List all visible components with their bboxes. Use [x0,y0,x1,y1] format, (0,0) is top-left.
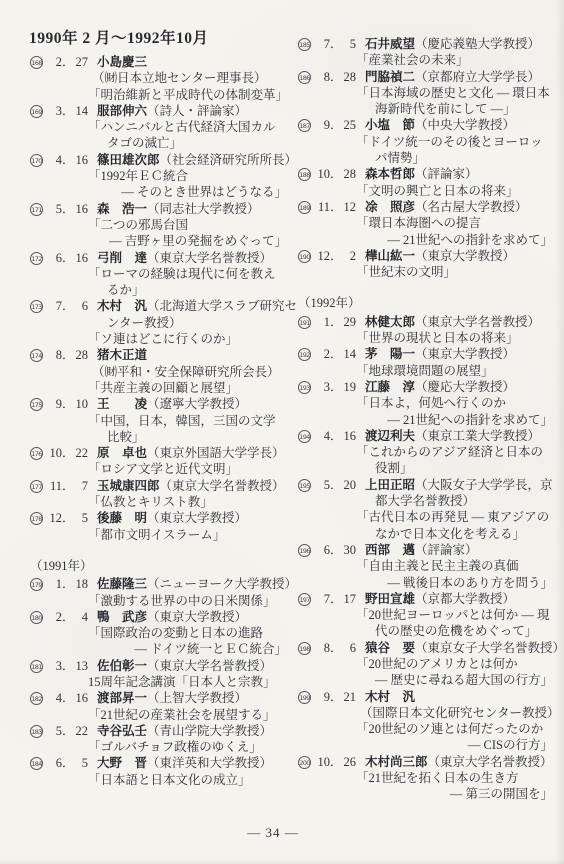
lecture-title-line: 「激動する世界の中の日米関係」 [30,593,288,609]
entry-head-text: 大野 晋（東洋英和大学教授） [97,755,272,771]
entry-month: 3 [48,103,62,119]
date-separator: ． [62,347,73,363]
left-column: 168 2．27 小島慶三 （㈶日本立地センター理事長）「明治維新と平成時代の体… [30,54,288,788]
entry-day: 4 [73,609,88,625]
entry-header-row: 190 12．2 樺山紘一（東京大学教授） [298,248,554,264]
entry-day: 29 [341,314,356,330]
entry-day: 22 [73,723,88,739]
page-bottom-shadow [0,858,564,864]
date-separator: ． [62,152,73,168]
date-separator: ． [62,103,73,119]
entry-date: 7．5 [316,36,356,52]
entry-date: 5．16 [48,201,88,217]
speaker-name: 茅 陽一 [365,347,415,361]
speaker-name: 佐藤隆三 [97,577,147,591]
entry-date: 6．5 [48,755,88,771]
entry-text-line: — ドイツ統一とＥＣ統合」 [30,641,288,657]
entry-head-text: 篠田雄次郎（社会経済研究所所長） [97,152,297,168]
entry-date: 12．2 [316,248,356,264]
entry-month: 6 [316,542,330,558]
speaker-affiliation: （東京大学教授） [415,347,515,361]
lecture-entry: 183 5．22 寺谷弘壬（青山学院大学教授） 「ゴルバチョフ政権のゆくえ」 [30,723,288,756]
entry-number-badge: 182 [30,692,43,705]
entry-number-badge: 184 [30,757,43,770]
speaker-name: 江藤 淳 [365,380,415,394]
entry-head-text: 服部伸六（詩人・評論家） [97,103,247,119]
entry-text-line: 役割」 [298,460,554,476]
lecture-entry: 181 3．13 佐伯彰一（東京大学名誉教授） 15周年記念講演「日本人と宗教」 [30,658,288,691]
entry-day: 16 [73,201,88,217]
entry-text-line: 比較」 [30,429,288,445]
lecture-entry: 194 4．16 渡辺利夫（東京工業大学教授） 「これからのアジア経済と日本の役… [298,428,554,477]
entry-head-text: 渡部昇一（上智大学教授） [97,690,247,706]
speaker-affiliation: （東京大学名誉教授） [147,251,272,265]
speaker-name: 凃 照彦 [365,200,415,214]
speaker-affiliation: （東京大学名誉教授） [428,755,553,769]
entry-number-badge: 200 [298,756,311,769]
entry-text-line: — CISの行方」 [298,737,554,753]
entry-day: 5 [73,510,88,526]
entry-number-badge: 181 [30,660,43,673]
speaker-name: 服部伸六 [97,104,147,118]
date-separator: ． [330,248,341,264]
entry-head-text: 猪木正道 [97,347,147,363]
speaker-name: 鴨 武彦 [97,610,147,624]
entry-header-row: 170 4．16 篠田雄次郎（社会経済研究所所長） [30,152,288,168]
entry-header-row: 200 10．26 木村尚三郎（東京大学名誉教授） [298,754,554,770]
speaker-affiliation: （同志社大学教授） [147,202,260,216]
entry-day: 6 [73,298,88,314]
entry-number-badge: 180 [30,611,43,624]
speaker-name: 上田正昭 [365,478,415,492]
entry-head-text: 西部 邁（評論家） [365,542,478,558]
entry-header-row: 195 5．20 上田正昭（大阪女子大学学長，京 [298,477,554,493]
entry-number-badge: 192 [298,348,311,361]
lecture-entry: 176 10．22 原 卓也（東京外国語大学学長） 「ロシア文学と近代文明」 [30,445,288,478]
entry-number-badge: 197 [298,593,311,606]
entry-header-row: 176 10．22 原 卓也（東京外国語大学学長） [30,445,288,461]
entry-header-row: 188 10．28 森本哲郎（評論家） [298,166,554,182]
date-separator: ． [330,346,341,362]
entry-header-row: 169 3．14 服部伸六（詩人・評論家） [30,103,288,119]
entry-text-line: — 歴史に尋ねる超大国の行方」 [298,672,554,688]
lecture-title-line: 「産業社会の未来」 [298,52,554,68]
entry-date: 2．14 [316,346,356,362]
entry-header-row: 199 9．21 木村 汎 [298,689,554,705]
entry-header-row: 172 6．16 弓削 達（東京大学名誉教授） [30,250,288,266]
entry-header-row: 180 2．4 鴨 武彦（東京大学教授） [30,609,288,625]
entry-month: 12 [48,510,62,526]
speaker-affiliation: （東京大学教授） [415,249,515,263]
entry-month: 6 [48,755,62,771]
lecture-title-line: 「日本海域の歴史と文化 — 環日本 [298,85,554,101]
entry-day: 28 [73,347,88,363]
date-separator: ． [62,723,73,739]
entry-number-badge: 177 [30,480,43,493]
lecture-entry: 172 6．16 弓削 達（東京大学名誉教授） 「ローマの経験は現代に何を教える… [30,250,288,299]
entry-date: 1．18 [48,576,88,592]
entry-month: 10 [48,445,62,461]
entry-date: 12．5 [48,510,88,526]
speaker-name: 原 卓也 [97,446,147,460]
entry-day: 30 [341,542,356,558]
lecture-entry: 187 9．25 小塩 節（中央大学教授） 「ドイツ統一のその後とヨーロッパ情勢… [298,117,554,166]
speaker-name: 小塩 節 [365,118,415,132]
entry-text-line: タゴの滅亡」 [30,135,288,151]
lecture-entry: 190 12．2 樺山紘一（東京大学教授） 「世紀末の文明」 [298,248,554,281]
speaker-affiliation: （東京女子大学名誉教授） [415,641,564,655]
date-separator: ． [62,445,73,461]
right-column: 185 7．5 石井威望（慶応義塾大学教授） 「産業社会の未来」 186 8．2… [298,36,554,803]
document-page: 1990年 2 月～1992年10月 168 2．27 小島慶三 （㈶日本立地セ… [0,0,564,864]
speaker-affiliation: （慶応義塾大学教授） [415,37,540,51]
entry-day: 16 [341,428,356,444]
entry-date: 3．14 [48,103,88,119]
entry-day: 14 [341,346,356,362]
lecture-entry: 182 4．16 渡部昇一（上智大学教授） 「21世紀の産業社会を展望する」 [30,690,288,723]
speaker-name: 猪木正道 [97,348,147,362]
entry-day: 21 [341,689,356,705]
speaker-affiliation: （社会経済研究所所長） [160,153,298,167]
entry-date: 4．16 [48,690,88,706]
entry-month: 4 [316,428,330,444]
entry-date: 4．16 [316,428,356,444]
entry-date: 5．20 [316,477,356,493]
lecture-title-line: 「中国，日本，韓国，三国の文学 [30,413,288,429]
entry-text-line: パ情勢」 [298,150,554,166]
entry-header-row: 178 12．5 後藤 明（東京大学教授） [30,510,288,526]
entry-day: 27 [73,54,88,70]
lecture-entry: 185 7．5 石井威望（慶応義塾大学教授） 「産業社会の未来」 [298,36,554,69]
date-separator: ． [62,478,73,494]
lecture-entry: 178 12．5 後藤 明（東京大学教授） 「都市文明イスラーム」 [30,510,288,543]
date-separator: ． [62,658,73,674]
entry-header-row: 197 7．17 野田宣雄（京都大学教授） [298,591,554,607]
speaker-affiliation: （東京外国語大学学長） [147,446,285,460]
entry-month: 9 [316,689,330,705]
entry-month: 9 [48,396,62,412]
entry-date: 9．21 [316,689,356,705]
entry-month: 1 [316,314,330,330]
date-separator: ． [330,36,341,52]
entry-number-badge: 187 [298,119,311,132]
date-separator: ． [330,640,341,656]
speaker-name: 木村 汎 [365,690,415,704]
entry-head-text: 木村尚三郎（東京大学名誉教授） [365,754,553,770]
entry-month: 2 [316,346,330,362]
date-separator: ． [330,477,341,493]
entry-date: 8．6 [316,640,356,656]
entry-header-row: 168 2．27 小島慶三 [30,54,288,70]
lecture-entry: 191 1．29 林健太郎（東京大学名誉教授） 「世界の現状と日本の将来」 [298,314,554,347]
entry-month: 1 [48,576,62,592]
entry-head-text: 渡辺利夫（東京工業大学教授） [365,428,540,444]
entry-number-badge: 195 [298,479,311,492]
lecture-title-line: 「21世紀の産業社会を展望する」 [30,707,288,723]
lecture-entry: 173 7．6 木村 汎（北海道大学スラブ研究セ ンター教授）「ソ連はどこに行く… [30,298,288,347]
entry-number-badge: 178 [30,512,43,525]
entry-day: 14 [73,103,88,119]
entry-head-text: 樺山紘一（東京大学教授） [365,248,515,264]
entry-head-text: 江藤 淳（慶応大学教授） [365,379,515,395]
entry-number-badge: 170 [30,154,43,167]
entry-month: 5 [316,477,330,493]
entry-number-badge: 196 [298,544,311,557]
lecture-entry: 175 9．10 王 凌（遼寧大学教授） 「中国，日本，韓国，三国の文学比較」 [30,396,288,445]
speaker-affiliation: （遼寧大学教授） [147,397,247,411]
speaker-name: 佐伯彰一 [97,659,147,673]
entry-date: 7．6 [48,298,88,314]
entry-date: 6．30 [316,542,356,558]
speaker-name: 渡部昇一 [97,691,147,705]
entry-date: 11．12 [316,199,356,215]
speaker-name: 門脇禎二 [365,70,415,84]
entry-month: 3 [48,658,62,674]
lecture-title-line: 「20世紀のソ連とは何だったのか [298,721,554,737]
entry-number-badge: 185 [298,38,311,51]
entry-head-text: 門脇禎二（京都府立大学学長） [365,69,540,85]
entry-header-row: 192 2．14 茅 陽一（東京大学教授） [298,346,554,362]
speaker-affiliation: （東京大学名誉教授） [415,315,540,329]
entry-day: 10 [73,396,88,412]
entry-head-text: 木村 汎（北海道大学スラブ研究セ [97,298,297,314]
entry-date: 10．26 [316,754,356,770]
entry-text-line: （㈶平和・安全保障研究所会長） [30,364,288,380]
entry-header-row: 171 5．16 森 浩一（同志社大学教授） [30,201,288,217]
lecture-entry: 199 9．21 木村 汎 （国際日本文化研究センター教授）「20世紀のソ連とは… [298,689,554,754]
speaker-affiliation: （東京大学名誉教授） [147,659,272,673]
entry-header-row: 185 7．5 石井威望（慶応義塾大学教授） [298,36,554,52]
date-separator: ． [330,199,341,215]
lecture-title-line: 「21世紀を拓く日本の生き方 [298,770,554,786]
lecture-entry: 179 1．18 佐藤隆三（ニューヨーク大学教授） 「激動する世界の中の日米関係… [30,576,288,609]
entry-head-text: 森 浩一（同志社大学教授） [97,201,260,217]
entry-head-text: 野田宣雄（京都大学教授） [365,591,515,607]
entry-header-row: 189 11．12 凃 照彦（名古屋大学教授） [298,199,554,215]
speaker-name: 後藤 明 [97,511,147,525]
entry-number-badge: 179 [30,578,43,591]
lecture-title-line: 「都市文明イスラーム」 [30,527,288,543]
entry-day: 5 [341,36,356,52]
date-separator: ． [330,591,341,607]
date-separator: ． [330,428,341,444]
date-separator: ． [62,510,73,526]
lecture-entry: 196 6．30 西部 邁（評論家） 「自由主義と民主主義の真価— 戦後日本のあ… [298,542,554,591]
entry-head-text: 林健太郎（東京大学名誉教授） [365,314,540,330]
entry-head-text: 小塩 節（中央大学教授） [365,117,515,133]
entry-number-badge: 171 [30,203,43,216]
date-separator: ． [62,576,73,592]
speaker-affiliation: （京都大学教授） [415,592,515,606]
speaker-name: 猿谷 要 [365,641,415,655]
speaker-name: 森本哲郎 [365,167,415,181]
speaker-affiliation: （評論家） [415,167,478,181]
speaker-name: 玉城康四郎 [97,479,160,493]
entry-month: 4 [48,152,62,168]
entry-header-row: 193 3．19 江藤 淳（慶応大学教授） [298,379,554,395]
entry-number-badge: 186 [298,71,311,84]
entry-date: 4．16 [48,152,88,168]
speaker-affiliation: （詩人・評論家） [147,104,247,118]
entry-header-row: 174 8．28 猪木正道 [30,347,288,363]
entry-date: 9．10 [48,396,88,412]
entry-number-badge: 194 [298,430,311,443]
lecture-entry: 186 8．28 門脇禎二（京都府立大学学長） 「日本海域の歴史と文化 — 環日… [298,69,554,118]
lecture-title-line: 「国際政治の変動と日本の進路 [30,625,288,641]
entry-text-line: （国際日本文化研究センター教授） [298,705,554,721]
speaker-affiliation: （京都府立大学学長） [415,70,540,84]
entry-date: 5．22 [48,723,88,739]
speaker-name: 木村尚三郎 [365,755,428,769]
entry-header-row: 183 5．22 寺谷弘壬（青山学院大学教授） [30,723,288,739]
lecture-title-line: 「これからのアジア経済と日本の [298,444,554,460]
entry-header-row: 177 11．7 玉城康四郎（東京大学名誉教授） [30,478,288,494]
entry-header-row: 182 4．16 渡部昇一（上智大学教授） [30,690,288,706]
entry-text-line: — 21世紀への指針を求めて」 [298,232,554,248]
speaker-name: 木村 汎 [97,299,147,313]
lecture-title-line: 「1992年ＥＣ統合 [30,168,288,184]
lecture-entry: 169 3．14 服部伸六（詩人・評論家） 「ハンニバルと古代経済大国カルタゴの… [30,103,288,152]
lecture-title-line: 「二つの邪馬台国 [30,217,288,233]
entry-head-text: 猿谷 要（東京女子大学名誉教授） [365,640,564,656]
entry-text-line: 海新時代を前にして —」 [298,101,554,117]
speaker-affiliation: （大阪女子大学学長，京 [415,478,553,492]
entry-month: 3 [316,379,330,395]
page-edge-shadow [555,0,564,864]
lecture-title-line: 「20世紀ヨーロッパとは何か — 現 [298,607,554,623]
entry-month: 5 [48,201,62,217]
entry-text-line: — そのとき世界はどうなる」 [30,184,288,200]
entry-number-badge: 188 [298,168,311,181]
speaker-name: 石井威望 [365,37,415,51]
entry-date: 6．16 [48,250,88,266]
entry-day: 17 [341,591,356,607]
entry-date: 2．27 [48,54,88,70]
entry-head-text: 後藤 明（東京大学教授） [97,510,247,526]
lecture-title-line: 「世界の現状と日本の将来」 [298,330,554,346]
date-separator: ． [330,166,341,182]
lecture-entry: 177 11．7 玉城康四郎（東京大学名誉教授） 「仏教とキリスト教」 [30,478,288,511]
lecture-title-line: 「ソ連はどこに行くのか」 [30,331,288,347]
entry-head-text: 王 凌（遼寧大学教授） [97,396,247,412]
lecture-entry: 195 5．20 上田正昭（大阪女子大学学長，京 都大学名誉教授）「古代日本の再… [298,477,554,542]
entry-month: 12 [316,248,330,264]
lecture-title-line: 「日本語と日本文化の成立」 [30,772,288,788]
lecture-entry: 171 5．16 森 浩一（同志社大学教授） 「二つの邪馬台国— 吉野ヶ里の発掘… [30,201,288,250]
entry-text-line: ンター教授） [30,315,288,331]
lecture-title-line: 「ロシア文学と近代文明」 [30,461,288,477]
date-separator: ． [330,542,341,558]
year-heading: （1991年） [30,558,288,574]
entry-head-text: 木村 汎 [365,689,415,705]
entry-number-badge: 198 [298,642,311,655]
entry-number-badge: 191 [298,316,311,329]
speaker-affiliation: （東洋英和大学教授） [147,756,272,770]
entry-head-text: 原 卓也（東京外国語大学学長） [97,445,285,461]
entry-number-badge: 172 [30,252,43,265]
speaker-name: 大野 晋 [97,756,147,770]
entry-header-row: 194 4．16 渡辺利夫（東京工業大学教授） [298,428,554,444]
entry-day: 20 [341,477,356,493]
entry-number-badge: 189 [298,201,311,214]
date-separator: ． [330,117,341,133]
entry-header-row: 198 8．6 猿谷 要（東京女子大学名誉教授） [298,640,554,656]
speaker-name: 王 凌 [97,397,147,411]
entry-month: 7 [316,591,330,607]
entry-head-text: 森本哲郎（評論家） [365,166,478,182]
entry-month: 8 [316,69,330,85]
lecture-entry: 197 7．17 野田宣雄（京都大学教授） 「20世紀ヨーロッパとは何か — 現… [298,591,554,640]
speaker-name: 篠田雄次郎 [97,153,160,167]
entry-text-line: — 戦後日本のあり方を問う」 [298,575,554,591]
lecture-title-line: 「仏教とキリスト教」 [30,494,288,510]
speaker-affiliation: （東京大学教授） [147,610,247,624]
speaker-affiliation: （東京工業大学教授） [415,429,540,443]
lecture-title-line: 「世紀末の文明」 [298,264,554,280]
entry-day: 16 [73,690,88,706]
entry-text-line: — 21世紀への指針を求めて」 [298,412,554,428]
entry-date: 7．17 [316,591,356,607]
speaker-name: 渡辺利夫 [365,429,415,443]
entry-month: 2 [48,54,62,70]
entry-header-row: 175 9．10 王 凌（遼寧大学教授） [30,396,288,412]
entry-number-badge: 174 [30,349,43,362]
entry-number-badge: 190 [298,250,311,263]
entry-header-row: 187 9．25 小塩 節（中央大学教授） [298,117,554,133]
lecture-title-line: 「地球環境問題の展望」 [298,363,554,379]
entry-day: 6 [341,640,356,656]
entry-month: 11 [48,478,62,494]
lecture-entry: 170 4．16 篠田雄次郎（社会経済研究所所長） 「1992年ＥＣ統合— その… [30,152,288,201]
lecture-title-line: 「古代日本の再発見 — 東アジアの [298,509,554,525]
entry-month: 5 [48,723,62,739]
entry-day: 2 [341,248,356,264]
entry-header-row: 179 1．18 佐藤隆三（ニューヨーク大学教授） [30,576,288,592]
speaker-affiliation: （北海道大学スラブ研究セ [147,299,297,313]
speaker-name: 林健太郎 [365,315,415,329]
lecture-title-line: 「文明の興亡と日本の将来」 [298,183,554,199]
speaker-affiliation: （東京大学教授） [147,511,247,525]
entry-text-line: 代の歴史の危機をめぐって」 [298,623,554,639]
entry-text-line: — 第三の開国を」 [298,786,554,802]
entry-number-badge: 169 [30,105,43,118]
page-number: — 34 — [0,825,546,841]
entry-day: 28 [341,69,356,85]
entry-header-row: 173 7．6 木村 汎（北海道大学スラブ研究セ [30,298,288,314]
entry-month: 4 [48,690,62,706]
lecture-entry: 192 2．14 茅 陽一（東京大学教授） 「地球環境問題の展望」 [298,346,554,379]
lecture-entry: 188 10．28 森本哲郎（評論家） 「文明の興亡と日本の将来」 [298,166,554,199]
lecture-title-line: 「日本よ，何処へ行くのか [298,395,554,411]
speaker-name: 森 浩一 [97,202,147,216]
entry-number-badge: 173 [30,300,43,313]
lecture-entry: 180 2．4 鴨 武彦（東京大学教授） 「国際政治の変動と日本の進路— ドイツ… [30,609,288,658]
entry-number-badge: 168 [30,56,43,69]
entry-text-line: 都大学名誉教授） [298,493,554,509]
speaker-name: 寺谷弘壬 [97,724,147,738]
entry-date: 8．28 [48,347,88,363]
entry-number-badge: 176 [30,447,43,460]
entry-day: 13 [73,658,88,674]
entry-day: 26 [341,754,356,770]
entry-day: 18 [73,576,88,592]
date-separator: ． [62,609,73,625]
year-heading: （1992年） [298,295,554,311]
speaker-affiliation: （上智大学教授） [147,691,247,705]
speaker-affiliation: （慶応大学教授） [415,380,515,394]
entry-header-row: 184 6．5 大野 晋（東洋英和大学教授） [30,755,288,771]
date-separator: ． [62,690,73,706]
